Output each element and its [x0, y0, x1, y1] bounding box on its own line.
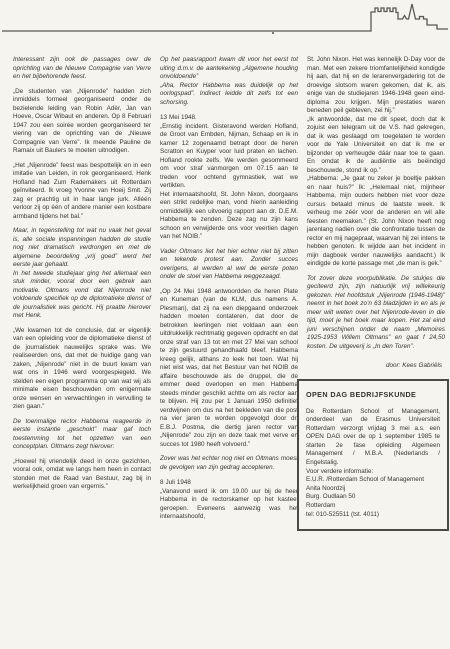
contact-line: Rotterdam	[306, 502, 440, 511]
article-paragraph: In het tweede studiejaar ging het allema…	[13, 270, 151, 321]
article-paragraph: „Vanavond werd ik om 19.00 uur bij de he…	[160, 488, 298, 522]
column-right: St. John Nixon. Het was kennelijk D-Day …	[307, 56, 445, 531]
open-day-ad-box: OPEN DAG BEDRIJFSKUNDE De Rotterdam Scho…	[297, 379, 449, 532]
article-paragraph: „Hoewel hij vriendelijk deed in onze gez…	[13, 458, 151, 492]
article-paragraph: Tot zover deze voorpublikatie. De stukje…	[307, 275, 445, 352]
article-paragraph: „Ik antwoordde, dat me dit speet, doch d…	[307, 116, 445, 176]
contact-line: Anita Noordzij	[306, 485, 440, 494]
contact-line: Burg. Oudlaan 50	[306, 493, 440, 502]
column-left: Interessant zijn ook de passages over de…	[13, 56, 151, 531]
scanned-magazine-page: Interessant zijn ook de passages over de…	[0, 0, 450, 649]
scan-speck	[272, 32, 274, 34]
contact-line: E.U.R. /Rotterdam School of Management	[306, 476, 440, 485]
article-paragraph: St. John Nixon. Het was kennelijk D-Day …	[307, 56, 445, 116]
article-paragraph: „We kwamen tot de conclusie, dat er eige…	[13, 327, 151, 412]
open-day-contact-block: Voor verdere informatie:E.U.R. /Rotterda…	[306, 468, 440, 520]
date-heading: 13 Mei 1948.	[160, 114, 298, 123]
article-paragraph: Vader Oltmans liet het hier echter niet …	[160, 248, 298, 282]
article-paragraph: „Aha, Rector Habbema was duidelijk op he…	[160, 82, 298, 108]
article-paragraph: „Op 24 Mei 1948 antwoordden de heren Pla…	[160, 288, 298, 450]
article-paragraph: Het internaatshoofd, St. John Nixon, doo…	[160, 191, 298, 242]
page-header	[0, 0, 450, 40]
open-day-body: De Rotterdam School of Management, onder…	[306, 408, 440, 468]
article-paragraph: „Habbema: „Je gaat nu zeker je boeltje p…	[307, 175, 445, 269]
article-paragraph: „De studenten van „Nijenrode” hadden zic…	[13, 88, 151, 156]
article-body: Interessant zijn ook de passages over de…	[13, 56, 445, 531]
open-day-title: OPEN DAG BEDRIJFSKUNDE	[306, 390, 440, 399]
article-paragraph: Op het paasrapport kwam dit voor het eer…	[160, 56, 298, 82]
article-paragraph: Maar, in tegenstelling tot wat nu vaak h…	[13, 227, 151, 270]
byline: door: Kees Gabriëls	[307, 362, 445, 371]
article-paragraph: Zover was het echter nog niet en Oltmans…	[160, 455, 298, 472]
column-middle: Op het paasrapport kwam dit voor het eer…	[160, 56, 298, 531]
castle-skyline-graphic	[0, 0, 450, 40]
article-paragraph: Interessant zijn ook de passages over de…	[13, 56, 151, 82]
article-paragraph: „Ernstig incident. Gisteravond werden Ho…	[160, 123, 298, 191]
article-paragraph: „Het „Nijenrode” feest was bespottelijk …	[13, 162, 151, 222]
date-heading: 8 Juli 1948	[160, 479, 298, 488]
contact-line: tel: 010-525511 (tst. 4011)	[306, 511, 440, 520]
article-paragraph: De toenmalige rector Habbema reageerde i…	[13, 418, 151, 452]
column-right-text: St. John Nixon. Het was kennelijk D-Day …	[307, 56, 445, 371]
contact-line: Voor verdere informatie:	[306, 468, 440, 477]
